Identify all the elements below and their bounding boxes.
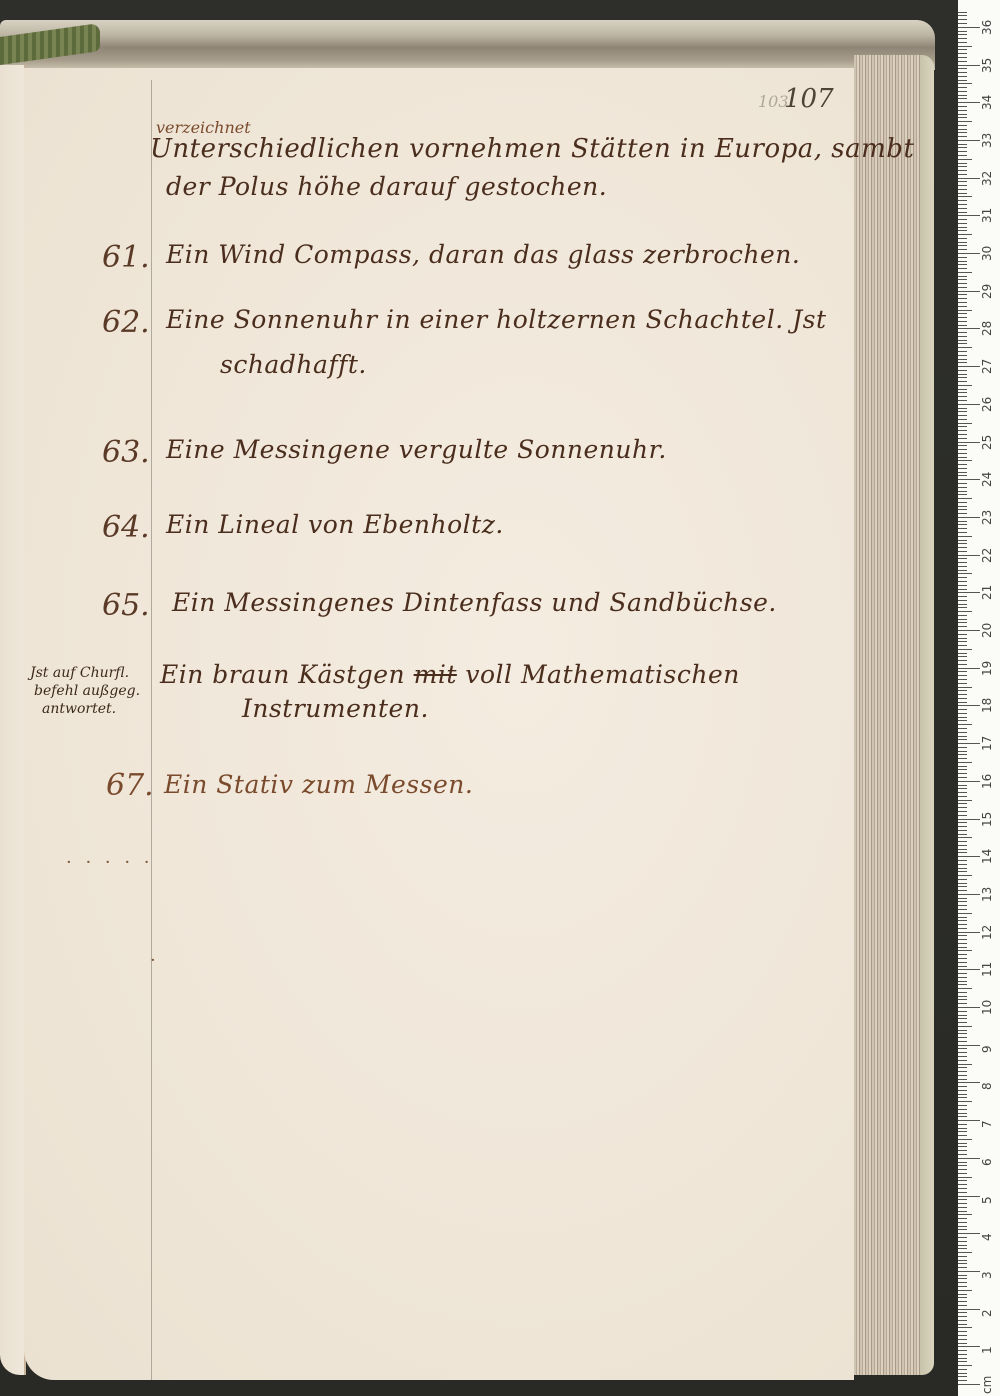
ruler-tick [958,491,967,492]
ruler-tick [958,132,967,133]
ruler-tick [958,966,967,967]
ruler-tick [958,1146,967,1147]
ruler-label: 12 [980,924,994,939]
ruler-tick [958,1105,967,1106]
ruler-tick [958,1343,967,1344]
ruler-tick [958,125,967,126]
ruler-tick [958,494,967,495]
book-top-edge [0,20,935,70]
ruler-tick [958,1278,967,1279]
ruler-tick [958,509,967,510]
ruler-tick [958,264,967,265]
entry-text: Eine Messingene vergulte Sonnenuhr. [166,435,667,464]
ruler-tick [958,739,967,740]
ruler-tick [958,106,967,107]
ruler-tick [958,449,967,450]
ruler-tick [958,1380,967,1381]
ruler-tick [958,841,967,842]
ruler-tick [958,781,980,782]
ruler-tick [958,540,967,541]
ruler-label: 25 [980,434,994,449]
ruler-tick [958,460,972,461]
ruler-tick [958,969,980,970]
ruler-tick [958,996,967,997]
ruler-tick [958,366,980,367]
ruler-tick [958,242,967,243]
ruler-tick [958,626,967,627]
ruler-tick [958,147,967,148]
ruler-tick [958,1180,967,1181]
ruler-tick [958,272,972,273]
ruler-tick [958,140,980,141]
ruler-tick [958,1305,967,1306]
ruler-tick [958,762,972,763]
ruler-tick [958,1143,967,1144]
left-page-edge [0,65,26,1375]
heading-line-2: der Polus höhe darauf gestochen. [166,172,607,201]
ruler-tick [958,1162,967,1163]
ruler-tick [958,1082,980,1083]
ruler-tick [958,1033,967,1034]
ruler-tick [958,102,980,103]
ruler-tick [958,766,967,767]
ruler-tick [958,883,967,884]
ink-dot: · [150,950,160,971]
ruler-tick [958,506,967,507]
ruler-tick [958,1188,967,1189]
ruler-tick [958,117,967,118]
ruler-tick [958,144,967,145]
ruler-tick [958,822,967,823]
ruler-tick [958,1052,967,1053]
ruler-tick [958,1124,967,1125]
ruler-tick [958,328,980,329]
ruler-tick [958,1090,967,1091]
ruler-tick [958,1101,972,1102]
ruler-tick [958,193,967,194]
ruler-tick [958,261,967,262]
ruler-tick [958,423,972,424]
ruler-tick [958,713,967,714]
ruler-tick [958,720,967,721]
ruler-tick [958,174,967,175]
ruler-tick [958,1331,967,1332]
ruler-tick [958,856,980,857]
ruler-tick [958,754,967,755]
ruler-tick [958,1037,967,1038]
ruler-tick [958,1018,967,1019]
ruler-tick [958,656,967,657]
ruler-tick [958,1011,967,1012]
ruler-tick [958,920,967,921]
ruler-tick [958,671,967,672]
ruler-label: 35 [980,57,994,72]
ruler-label: 14 [980,849,994,864]
ruler-tick [958,479,980,480]
ruler-tick [958,400,967,401]
ruler-tick [958,1154,967,1155]
ruler-tick [958,200,967,201]
ruler-tick [958,788,967,789]
ruler-tick [958,939,967,940]
ruler-tick [958,570,967,571]
ruler-tick [958,607,967,608]
entry-text: Ein Wind Compass, daran das glass zerbro… [166,240,800,269]
ruler-tick [958,1199,967,1200]
ruler-tick [958,408,967,409]
ruler-tick [958,49,967,50]
ruler-tick [958,1312,967,1313]
ruler-tick [958,1248,967,1249]
ruler-tick [958,728,967,729]
ruler-tick [958,901,967,902]
ruler-label: 6 [980,1158,994,1166]
ruler-tick [958,80,967,81]
ruler-label: 9 [980,1045,994,1053]
ruler-tick [958,283,967,284]
ruler-tick [958,1128,967,1129]
ruler-tick [958,826,967,827]
ruler-tick [958,807,967,808]
ruler-tick [958,1048,967,1049]
ruler-tick [958,61,967,62]
ruler-label: 13 [980,887,994,902]
ruler-tick [958,1211,967,1212]
ruler-tick [958,298,967,299]
ruler-tick [958,204,967,205]
ruler-tick [958,1196,980,1197]
ruler-tick [958,65,980,66]
ruler-tick [958,619,967,620]
ruler-tick [958,19,967,20]
ruler-label: 11 [980,962,994,977]
ruler-tick [958,1324,967,1325]
ruler-tick [958,227,967,228]
ruler-tick [958,498,972,499]
ruler-tick [958,381,967,382]
ruler-tick [958,166,967,167]
ruler-tick [958,1335,967,1336]
ruler-tick [958,1373,967,1374]
ruler-tick [958,336,967,337]
entry-number: 62. [102,305,150,340]
ruler-tick [958,1097,967,1098]
ruler-label: 4 [980,1234,994,1242]
ruler-tick [958,758,967,759]
ruler-tick [958,1260,967,1261]
entry-number: 67. [106,768,154,803]
ruler-label: 31 [980,208,994,223]
ruler-tick [958,249,967,250]
ruler-tick [958,773,967,774]
ruler-tick [958,834,967,835]
ruler-tick [958,287,967,288]
ruler-tick [958,159,972,160]
ruler-tick [958,1309,980,1310]
ruler-tick [958,151,967,152]
ruler-tick [958,705,980,706]
ruler-tick [958,1358,967,1359]
ruler-tick [958,1075,967,1076]
ruler-tick [958,253,980,254]
ruler-tick [958,1109,967,1110]
ruler-tick [958,811,967,812]
ruler-tick [958,562,967,563]
ruler-tick [958,600,967,601]
ruler-tick [958,585,967,586]
ruler-tick [958,962,967,963]
ruler-tick [958,622,967,623]
entry-text-pre: Ein braun Kästgen [160,660,405,689]
ruler-tick [958,566,967,567]
ruler-label: 23 [980,510,994,525]
ruler-tick [958,958,967,959]
ruler-tick [958,72,967,73]
ruler-tick [958,483,967,484]
ruler-tick [958,638,967,639]
ruler-tick [958,551,967,552]
ruler-tick [958,751,967,752]
ruler-tick [958,1094,967,1095]
ruler-tick [958,815,967,816]
ruler-tick [958,76,967,77]
ruler-tick [958,645,967,646]
ruler-tick [958,747,967,748]
ruler-tick [958,1184,967,1185]
ruler-tick [958,306,967,307]
ruler-tick [958,1026,972,1027]
ruler-tick [958,924,967,925]
ruler-tick [958,189,967,190]
ruler-label: 16 [980,774,994,789]
ruler-tick [958,351,967,352]
ruler-tick [958,1245,967,1246]
ruler-tick [958,653,967,654]
ruler-tick [958,57,967,58]
ruler-tick [958,1282,967,1283]
ruler-tick [958,31,967,32]
page-stack-edge [854,55,934,1375]
ruler-tick [958,472,967,473]
ruler-tick [958,577,967,578]
ruler-tick [958,732,967,733]
ruler-tick [958,468,967,469]
ruler-tick [958,1169,967,1170]
ruler-tick [958,1113,967,1114]
ruler-tick [958,487,967,488]
ruler-tick [958,905,967,906]
ruler-label: 20 [980,623,994,638]
ruler-tick [958,155,967,156]
ruler-tick [958,649,972,650]
ruler-tick [958,596,967,597]
ruler-tick [958,1271,980,1272]
ruler-tick [958,988,972,989]
ruler-tick [958,23,967,24]
ruler-tick [958,724,972,725]
ruler-tick [958,849,967,850]
ruler-tick [958,291,980,292]
ruler-tick [958,581,967,582]
ruler-tick [958,1316,967,1317]
ruler-label: 34 [980,95,994,110]
ruler-tick [958,302,967,303]
ruler-tick [958,419,967,420]
ruler-tick [958,98,967,99]
ruler-label: 32 [980,170,994,185]
ruler-tick [958,1007,980,1008]
ruler-tick [958,121,972,122]
ruler-tick [958,1060,967,1061]
ruler-tick [958,234,972,235]
ruler-tick [958,87,967,88]
ruler-unit-label: cm [980,1376,994,1394]
ruler-tick [958,1290,972,1291]
ruler-tick [958,886,967,887]
ruler-tick [958,634,967,635]
ruler-tick [958,1361,967,1362]
ruler-label: 2 [980,1309,994,1317]
heading-line-1: Unterschiedlichen vornehmen Stätten in E… [150,134,914,164]
ruler-tick [958,83,972,84]
entry-number: 61. [102,240,150,275]
ruler-tick [958,1320,967,1321]
ruler-tick [958,223,967,224]
ruler-tick [958,1252,972,1253]
ruler-tick [958,1354,967,1355]
ruler-tick [958,1275,967,1276]
ruler-tick [958,1165,967,1166]
ruler-tick [958,453,967,454]
ruler-tick [958,208,967,209]
ruler-tick [958,837,972,838]
ruler-tick [958,589,967,590]
ruler-tick [958,852,967,853]
ruler-tick [958,702,967,703]
ruler-tick [958,404,980,405]
ruler-tick [958,438,967,439]
ruler-tick [958,185,967,186]
ruler-tick [958,1222,967,1223]
ruler-tick [958,796,967,797]
ruler-tick [958,1041,967,1042]
ruler-tick [958,178,980,179]
ruler-tick [958,1256,967,1257]
ruler-tick [958,396,967,397]
ruler-tick [958,932,980,933]
folio-number: 107 [784,84,834,114]
ruler-tick [958,694,967,695]
ruler-tick [958,426,967,427]
ruler-tick [958,592,980,593]
ruler-tick [958,1177,972,1178]
entry-text-continuation: schadhafft. [220,350,367,379]
ruler-tick [958,219,967,220]
ruler-tick [958,170,967,171]
ruler-tick [958,675,967,676]
ruler-tick [958,555,980,556]
ruler-tick [958,743,980,744]
ruler-tick [958,1384,980,1385]
side-note-line: antwortet. [42,700,140,718]
ruler-tick [958,212,967,213]
ruler-tick [958,42,967,43]
ruler-tick [958,558,967,559]
ruler-tick [958,868,967,869]
ruler-tick [958,630,980,631]
ruler-tick [958,475,967,476]
ruler-tick [958,38,967,39]
ruler-tick [958,392,967,393]
entry-text: Ein Lineal von Ebenholtz. [166,510,504,539]
ruler-tick [958,999,967,1000]
entry-number: 64. [102,510,150,545]
entry-text: Ein braun Kästgen mit voll Mathematische… [160,660,740,689]
ruler-tick [958,513,967,514]
ruler-label: 36 [980,20,994,35]
ruler-tick [958,355,967,356]
ruler-tick [958,698,967,699]
entry-text: Ein Stativ zum Messen. [164,770,473,799]
ruler-tick [958,359,967,360]
ruler-tick [958,238,967,239]
entry-text: Eine Sonnenuhr in einer holtzernen Schac… [166,305,827,334]
ruler-tick [958,845,967,846]
ruler-tick [958,977,967,978]
ruler-label: 26 [980,397,994,412]
ruler-label: 7 [980,1120,994,1128]
ruler-tick [958,110,967,111]
ruler-tick [958,547,967,548]
ruler-label: 3 [980,1271,994,1279]
ruler-tick [958,389,967,390]
ruler-tick [958,1203,967,1204]
ruler-tick [958,230,967,231]
ruler-tick [958,615,967,616]
entry-text-continuation: Instrumenten. [242,694,429,723]
ruler-tick [958,992,967,993]
ruler-label: 27 [980,359,994,374]
ruler-tick [958,1056,967,1057]
ruler-tick [958,1135,967,1136]
ruler-tick [958,819,980,820]
ruler-tick [958,374,967,375]
ruler-tick [958,129,967,130]
ruler-tick [958,1192,967,1193]
ruler-tick [958,943,967,944]
ruler-tick [958,860,967,861]
ruler-tick [958,792,967,793]
ruler-tick [958,1346,980,1347]
ruler-tick [958,954,967,955]
ruler-tick [958,521,967,522]
ruler-tick [958,800,972,801]
side-note-line: Jst auf Churfl. [30,664,140,682]
side-note-line: befehl außgeg. [34,682,140,700]
ruler-tick [958,736,967,737]
entry-number: 63. [102,435,150,470]
ruler-tick [958,347,972,348]
ruler-tick [958,573,972,574]
ruler-tick [958,913,972,914]
ruler-label: 18 [980,698,994,713]
ruler-tick [958,434,967,435]
ruler-label: 33 [980,133,994,148]
ruler-tick [958,947,967,948]
ruler-tick [958,46,972,47]
ruler-tick [958,935,967,936]
ruler-tick [958,1365,972,1366]
